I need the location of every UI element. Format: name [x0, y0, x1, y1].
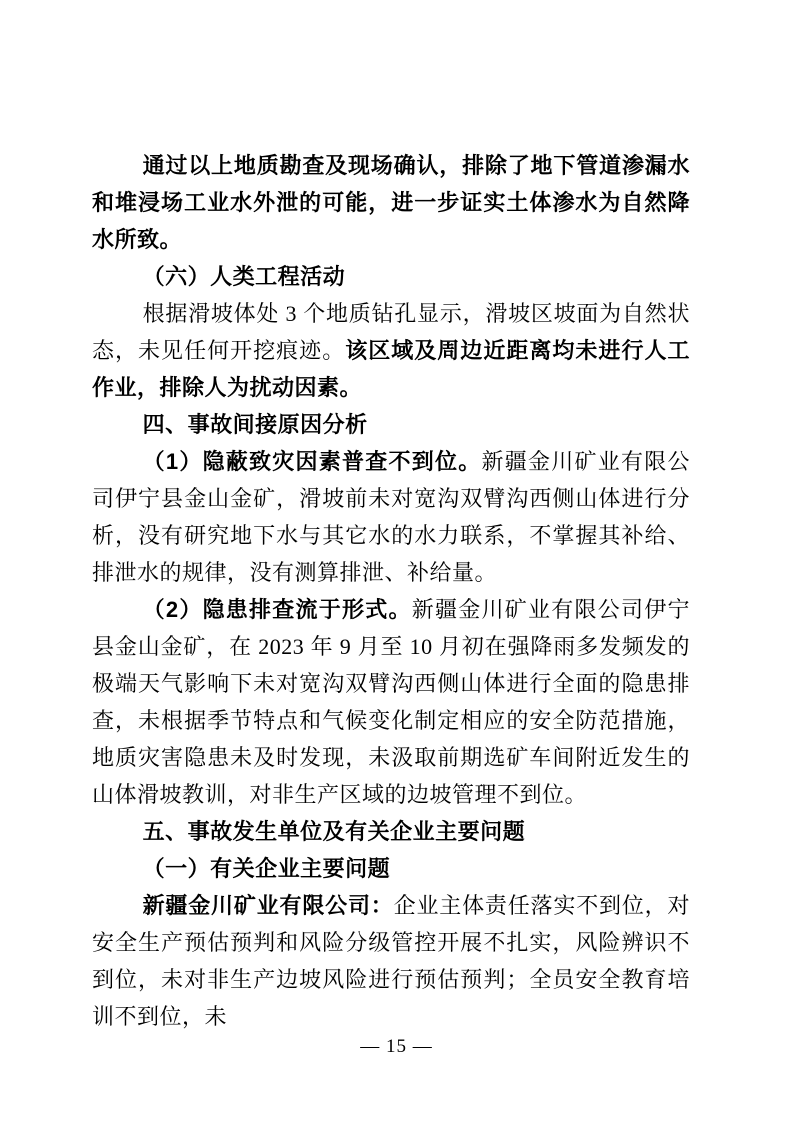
- heading-human-engineering-activity: （六）人类工程活动: [92, 258, 690, 295]
- text-run: 通过以上地质勘查及现场确认，排除了地下管道渗漏水和堆浸场工业水外泄的可能，进一步…: [92, 153, 690, 252]
- page-number: — 15 —: [0, 1036, 793, 1058]
- text-run: （1）隐蔽致灾因素普查不到位。: [143, 449, 482, 474]
- heading-indirect-cause-analysis: 四、事故间接原因分析: [92, 406, 690, 443]
- text-run: 四、事故间接原因分析: [143, 412, 368, 437]
- text-run: 新疆金川矿业有限公司伊宁县金山金矿，在 2023 年 9 月至 10 月初在强降…: [92, 597, 690, 807]
- document-body: 通过以上地质勘查及现场确认，排除了地下管道渗漏水和堆浸场工业水外泄的可能，进一步…: [92, 147, 690, 1035]
- para-geology-conclusion: 通过以上地质勘查及现场确认，排除了地下管道渗漏水和堆浸场工业水外泄的可能，进一步…: [92, 147, 690, 258]
- heading-unit-problems: 五、事故发生单位及有关企业主要问题: [92, 813, 690, 850]
- text-run: 五、事故发生单位及有关企业主要问题: [143, 819, 526, 844]
- para-hidden-disaster-survey: （1）隐蔽致灾因素普查不到位。新疆金川矿业有限公司伊宁县金山金矿，滑坡前未对宽沟…: [92, 443, 690, 591]
- para-drill-holes: 根据滑坡体处 3 个地质钻孔显示，滑坡区坡面为自然状态，未见任何开挖痕迹。该区域…: [92, 295, 690, 406]
- text-run: （六）人类工程活动: [143, 264, 346, 289]
- text-run: （一）有关企业主要问题: [143, 856, 391, 881]
- para-jinchuan-company-problems: 新疆金川矿业有限公司：企业主体责任落实不到位，对安全生产预估预判和风险分级管控开…: [92, 887, 690, 1035]
- text-run: 新疆金川矿业有限公司：: [143, 893, 394, 918]
- text-run: （2）隐患排查流于形式。: [143, 597, 412, 622]
- para-hazard-inspection: （2）隐患排查流于形式。新疆金川矿业有限公司伊宁县金山金矿，在 2023 年 9…: [92, 591, 690, 813]
- heading-enterprise-problems: （一）有关企业主要问题: [92, 850, 690, 887]
- document-page: 通过以上地质勘查及现场确认，排除了地下管道渗漏水和堆浸场工业水外泄的可能，进一步…: [0, 0, 793, 1122]
